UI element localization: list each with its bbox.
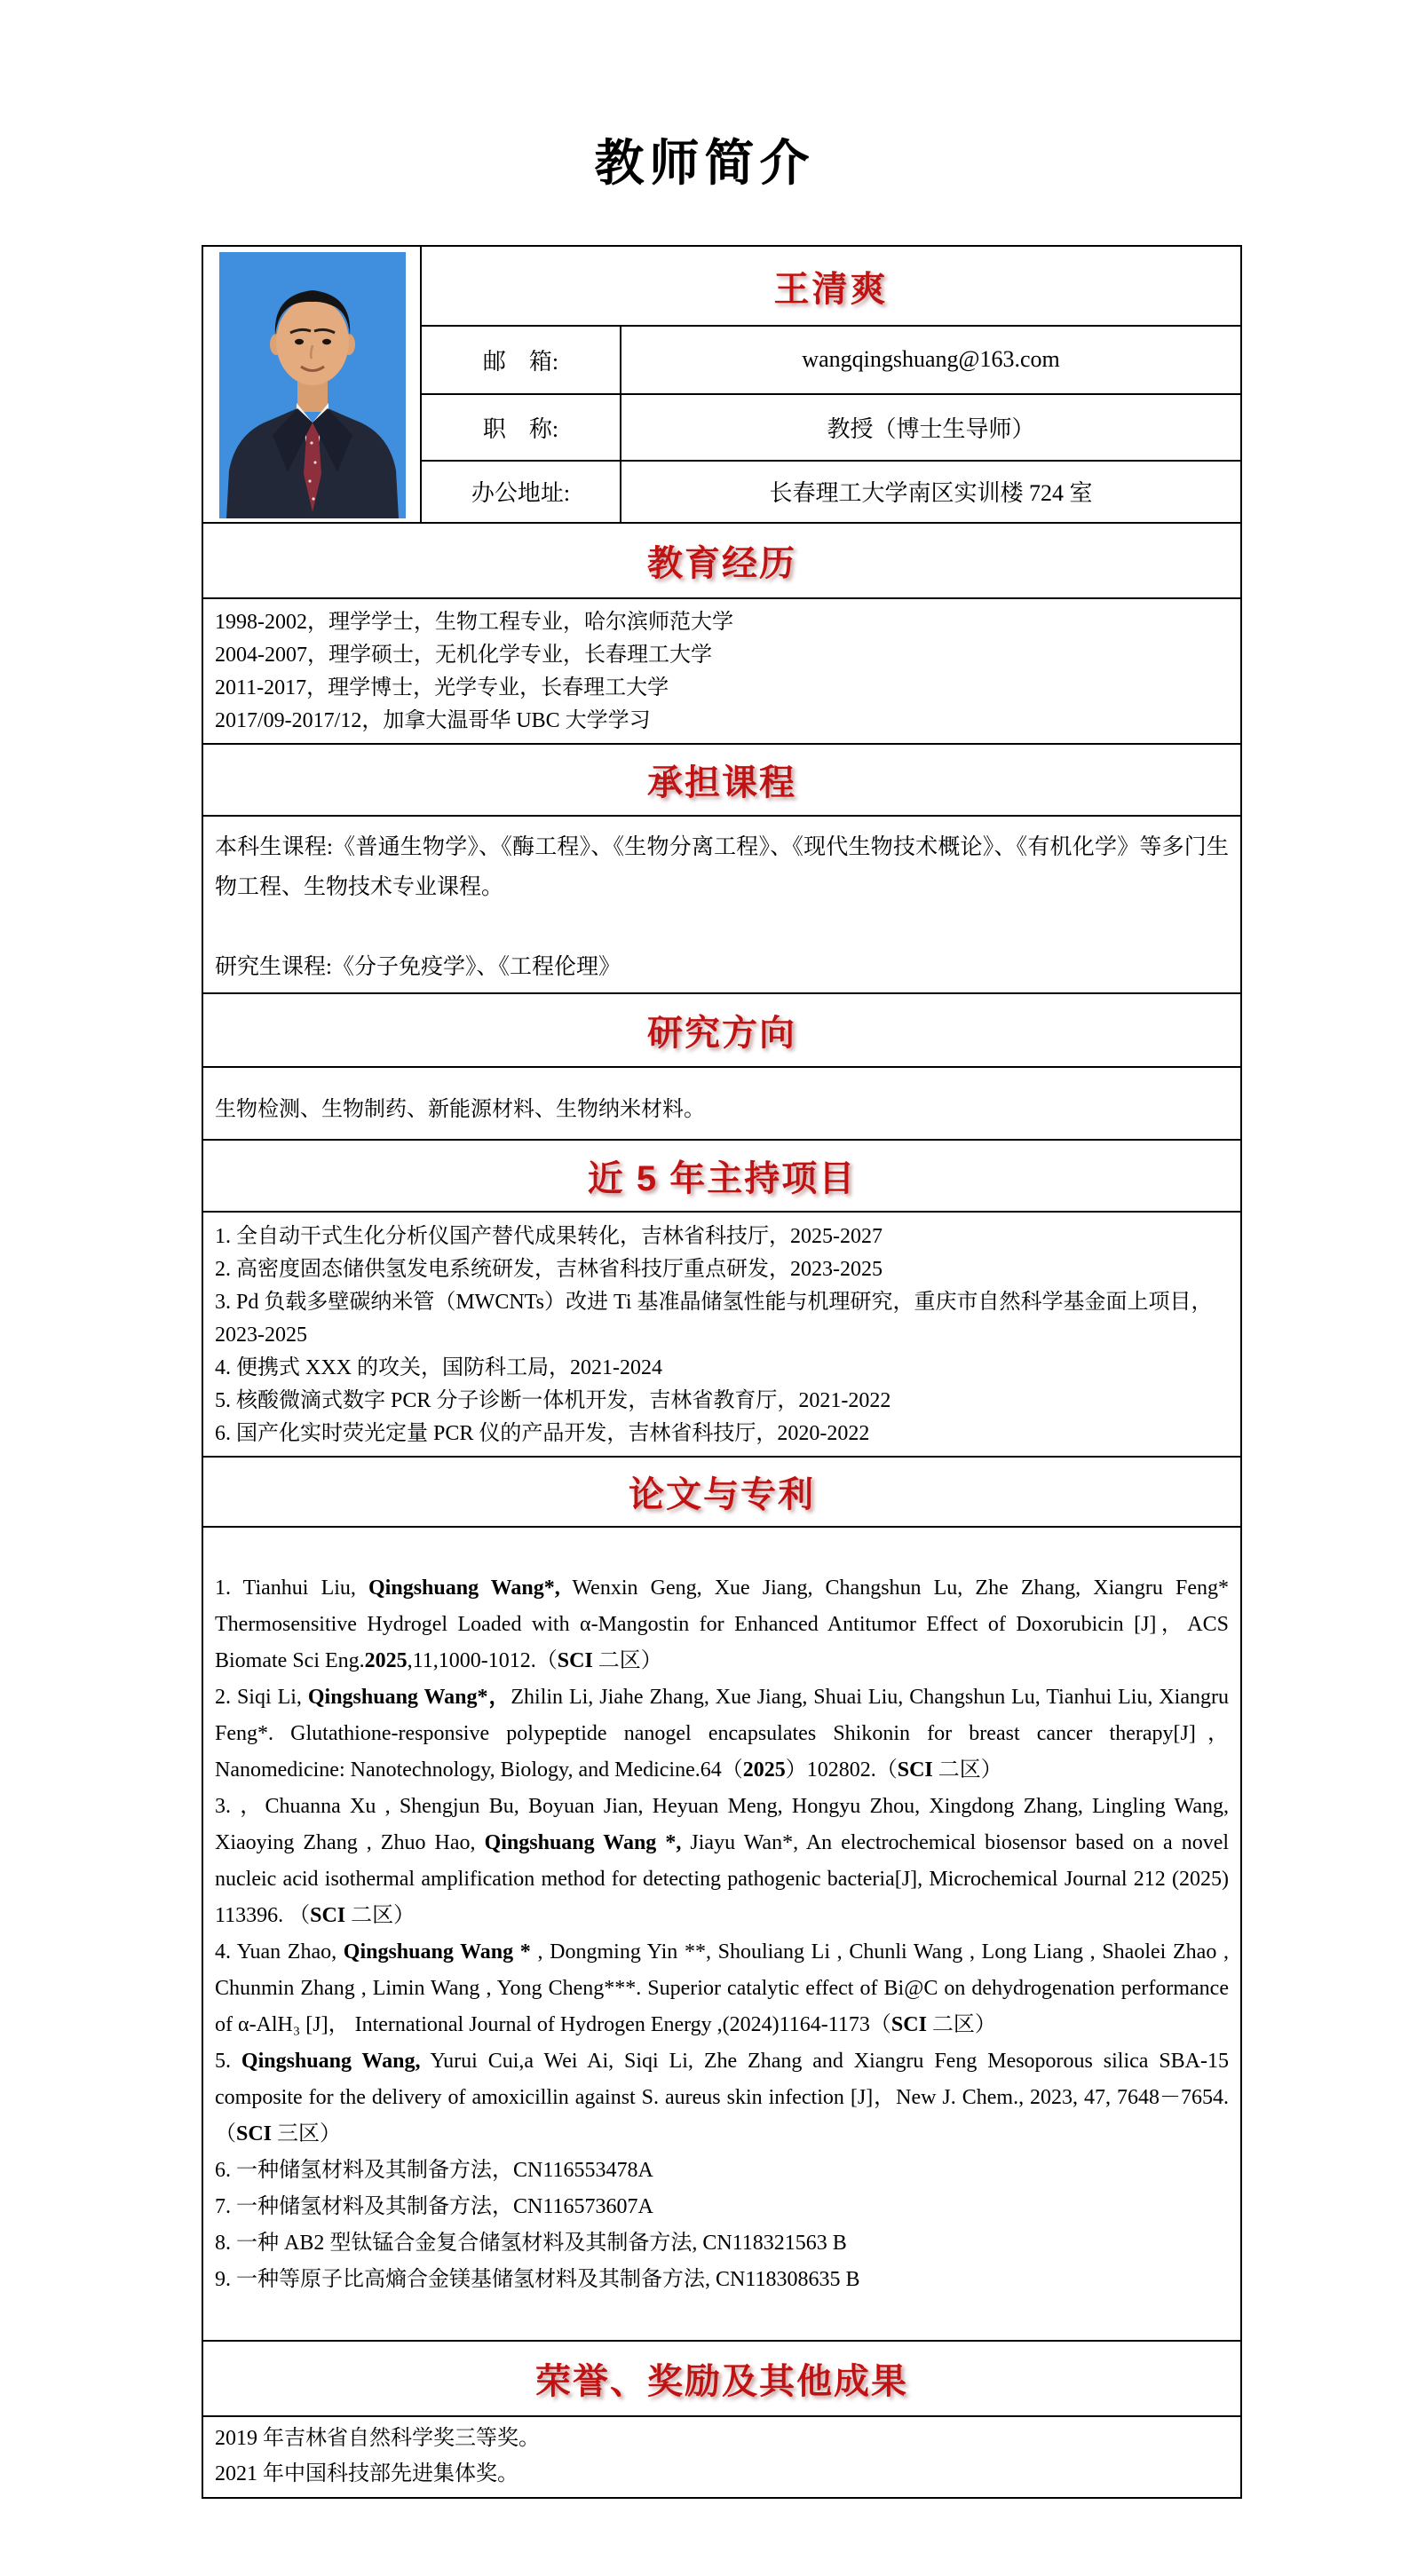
text-line: 1. 全自动干式生化分析仪国产替代成果转化，吉林省科技厅，2025-2027 — [215, 1221, 1229, 1253]
teacher-photo — [219, 252, 406, 518]
text-line: 7. 一种储氢材料及其制备方法，CN116573607A — [215, 2189, 1229, 2225]
title-label: 职 称: — [421, 394, 621, 461]
email-label: 邮 箱: — [421, 326, 621, 393]
text-line: 2017/09-2017/12，加拿大温哥华 UBC 大学学习 — [215, 705, 1229, 738]
text-line: 本科生课程:《普通生物学》、《酶工程》、《生物分离工程》、《现代生物技术概论》、… — [215, 827, 1229, 907]
title-value: 教授（博士生导师） — [621, 394, 1241, 461]
text-line: 6. 一种储氢材料及其制备方法，CN116553478A — [215, 2153, 1229, 2189]
education-content: 1998-2002，理学学士，生物工程专业，哈尔滨师范大学2004-2007，理… — [202, 598, 1241, 744]
text-line: 4. 便携式 XXX 的攻关，国防科工局，2021-2024 — [215, 1352, 1229, 1385]
text-line: 2. Siqi Li, Qingshuang Wang*，Zhilin Li, … — [215, 1679, 1229, 1789]
face — [276, 298, 349, 385]
section-header-honors: 荣誉、奖励及其他成果 — [202, 2341, 1241, 2416]
text-line: 1998-2002，理学学士，生物工程专业，哈尔滨师范大学 — [215, 606, 1229, 639]
text-line: 5. 核酸微滴式数字 PCR 分子诊断一体机开发，吉林省教育厅，2021-202… — [215, 1385, 1229, 1418]
text-line: 8. 一种 AB2 型钛锰合金复合储氢材料及其制备方法, CN118321563… — [215, 2225, 1229, 2262]
section-header-education: 教育经历 — [202, 523, 1241, 598]
section-header-papers: 论文与专利 — [202, 1457, 1241, 1527]
honors-content: 2019 年吉林省自然科学奖三等奖。2021 年中国科技部先进集体奖。 — [202, 2416, 1241, 2498]
text-line: 1. Tianhui Liu, Qingshuang Wang*, Wenxin… — [215, 1570, 1229, 1679]
text-line: 2. 高密度固态储供氢发电系统研发，吉林省科技厅重点研发，2023-2025 — [215, 1253, 1229, 1286]
section-header-courses: 承担课程 — [202, 744, 1241, 816]
text-line: 4. Yuan Zhao, Qingshuang Wang * , Dongmi… — [215, 1934, 1229, 2043]
section-header-research: 研究方向 — [202, 993, 1241, 1067]
document-page: 教师简介 — [0, 0, 1409, 2576]
papers-content: 1. Tianhui Liu, Qingshuang Wang*, Wenxin… — [202, 1527, 1241, 2341]
office-value: 长春理工大学南区实训楼 724 室 — [621, 461, 1241, 523]
projects-content: 1. 全自动干式生化分析仪国产替代成果转化，吉林省科技厅，2025-20272.… — [202, 1212, 1241, 1457]
email-value: wangqingshuang@163.com — [621, 326, 1241, 393]
text-line: 9. 一种等原子比高熵合金镁基储氢材料及其制备方法, CN118308635 B — [215, 2262, 1229, 2298]
text-line: 生物检测、生物制药、新能源材料、生物纳米材料。 — [215, 1093, 1229, 1126]
page-title: 教师简介 — [0, 124, 1409, 195]
profile-table: 王清爽 邮 箱: wangqingshuang@163.com 职 称: 教授（… — [202, 245, 1242, 2499]
teacher-name: 王清爽 — [421, 246, 1241, 326]
text-line: 5. Qingshuang Wang, Yurui Cui,a Wei Ai, … — [215, 2043, 1229, 2153]
text-line: 2004-2007，理学硕士，无机化学专业，长春理工大学 — [215, 639, 1229, 672]
text-line: 研究生课程:《分子免疫学》、《工程伦理》 — [215, 947, 1229, 987]
research-content: 生物检测、生物制药、新能源材料、生物纳米材料。 — [202, 1067, 1241, 1140]
text-line: 2021 年中国科技部先进集体奖。 — [215, 2456, 1229, 2492]
office-label: 办公地址: — [421, 461, 621, 523]
section-header-projects: 近 5 年主持项目 — [202, 1140, 1241, 1212]
text-line: 6. 国产化实时荧光定量 PCR 仪的产品开发，吉林省科技厅，2020-2022 — [215, 1418, 1229, 1450]
text-line: 2011-2017，理学博士，光学专业，长春理工大学 — [215, 672, 1229, 705]
teacher-photo-cell — [202, 246, 421, 523]
text-line: 2019 年吉林省自然科学奖三等奖。 — [215, 2421, 1229, 2456]
text-line: 3. Pd 负载多壁碳纳米管（MWCNTs）改进 Ti 基准晶储氢性能与机理研究… — [215, 1286, 1229, 1352]
courses-content: 本科生课程:《普通生物学》、《酶工程》、《生物分离工程》、《现代生物技术概论》、… — [202, 816, 1241, 993]
text-line: 3. ，Chuanna Xu , Shengjun Bu, Boyuan Jia… — [215, 1789, 1229, 1934]
